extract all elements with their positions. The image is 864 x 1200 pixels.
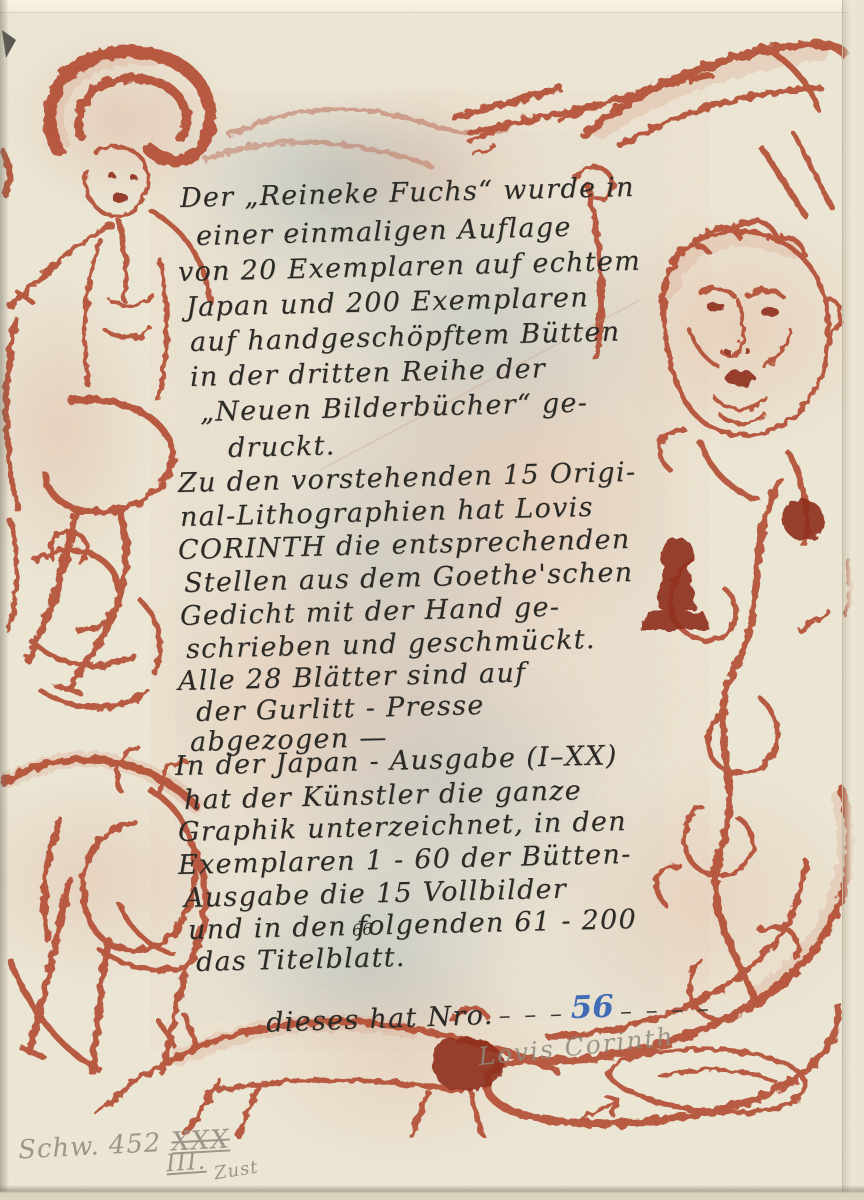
colophon-line: in der dritten Reihe der [190, 353, 547, 393]
colophon-line: das Titelblatt. [196, 942, 406, 978]
state-annotation: III. [165, 1147, 207, 1178]
colophon-line: Der „Reineke Fuchs“ wurde in [180, 172, 636, 214]
colophon-text: Der „Reineke Fuchs“ wurde in einer einma… [0, 0, 864, 1200]
scanned-colophon-page: Der „Reineke Fuchs“ wurde in einer einma… [0, 0, 864, 1200]
paper-deckle-top [0, 0, 864, 13]
edition-number: 56 [570, 989, 614, 1026]
colophon-line: Japan und 200 Exemplaren [186, 282, 590, 323]
state-word-annotation: Zust [213, 1157, 260, 1185]
dashes-before: – – – [498, 999, 565, 1029]
dashes-after: – – – – [619, 994, 712, 1025]
colophon-line: auf handgeschöpftem Bütten [190, 316, 621, 358]
number-correction: 66 [351, 919, 373, 939]
paper-edge-right [842, 0, 864, 1200]
catalog-number: Schw. 452 [17, 1128, 162, 1165]
paper-deckle-bottom [0, 1185, 864, 1200]
colophon-line: einer einmaligen Auflage [196, 212, 572, 252]
colophon-line: „Neuen Bilderbücher“ ge- [200, 388, 589, 428]
paper-edge-left [0, 0, 9, 1200]
colophon-line: druckt. [228, 430, 336, 464]
edition-number-prefix: dieses hat Nro. [266, 1000, 494, 1039]
colophon-line: der Gurlitt - Presse [196, 690, 485, 728]
